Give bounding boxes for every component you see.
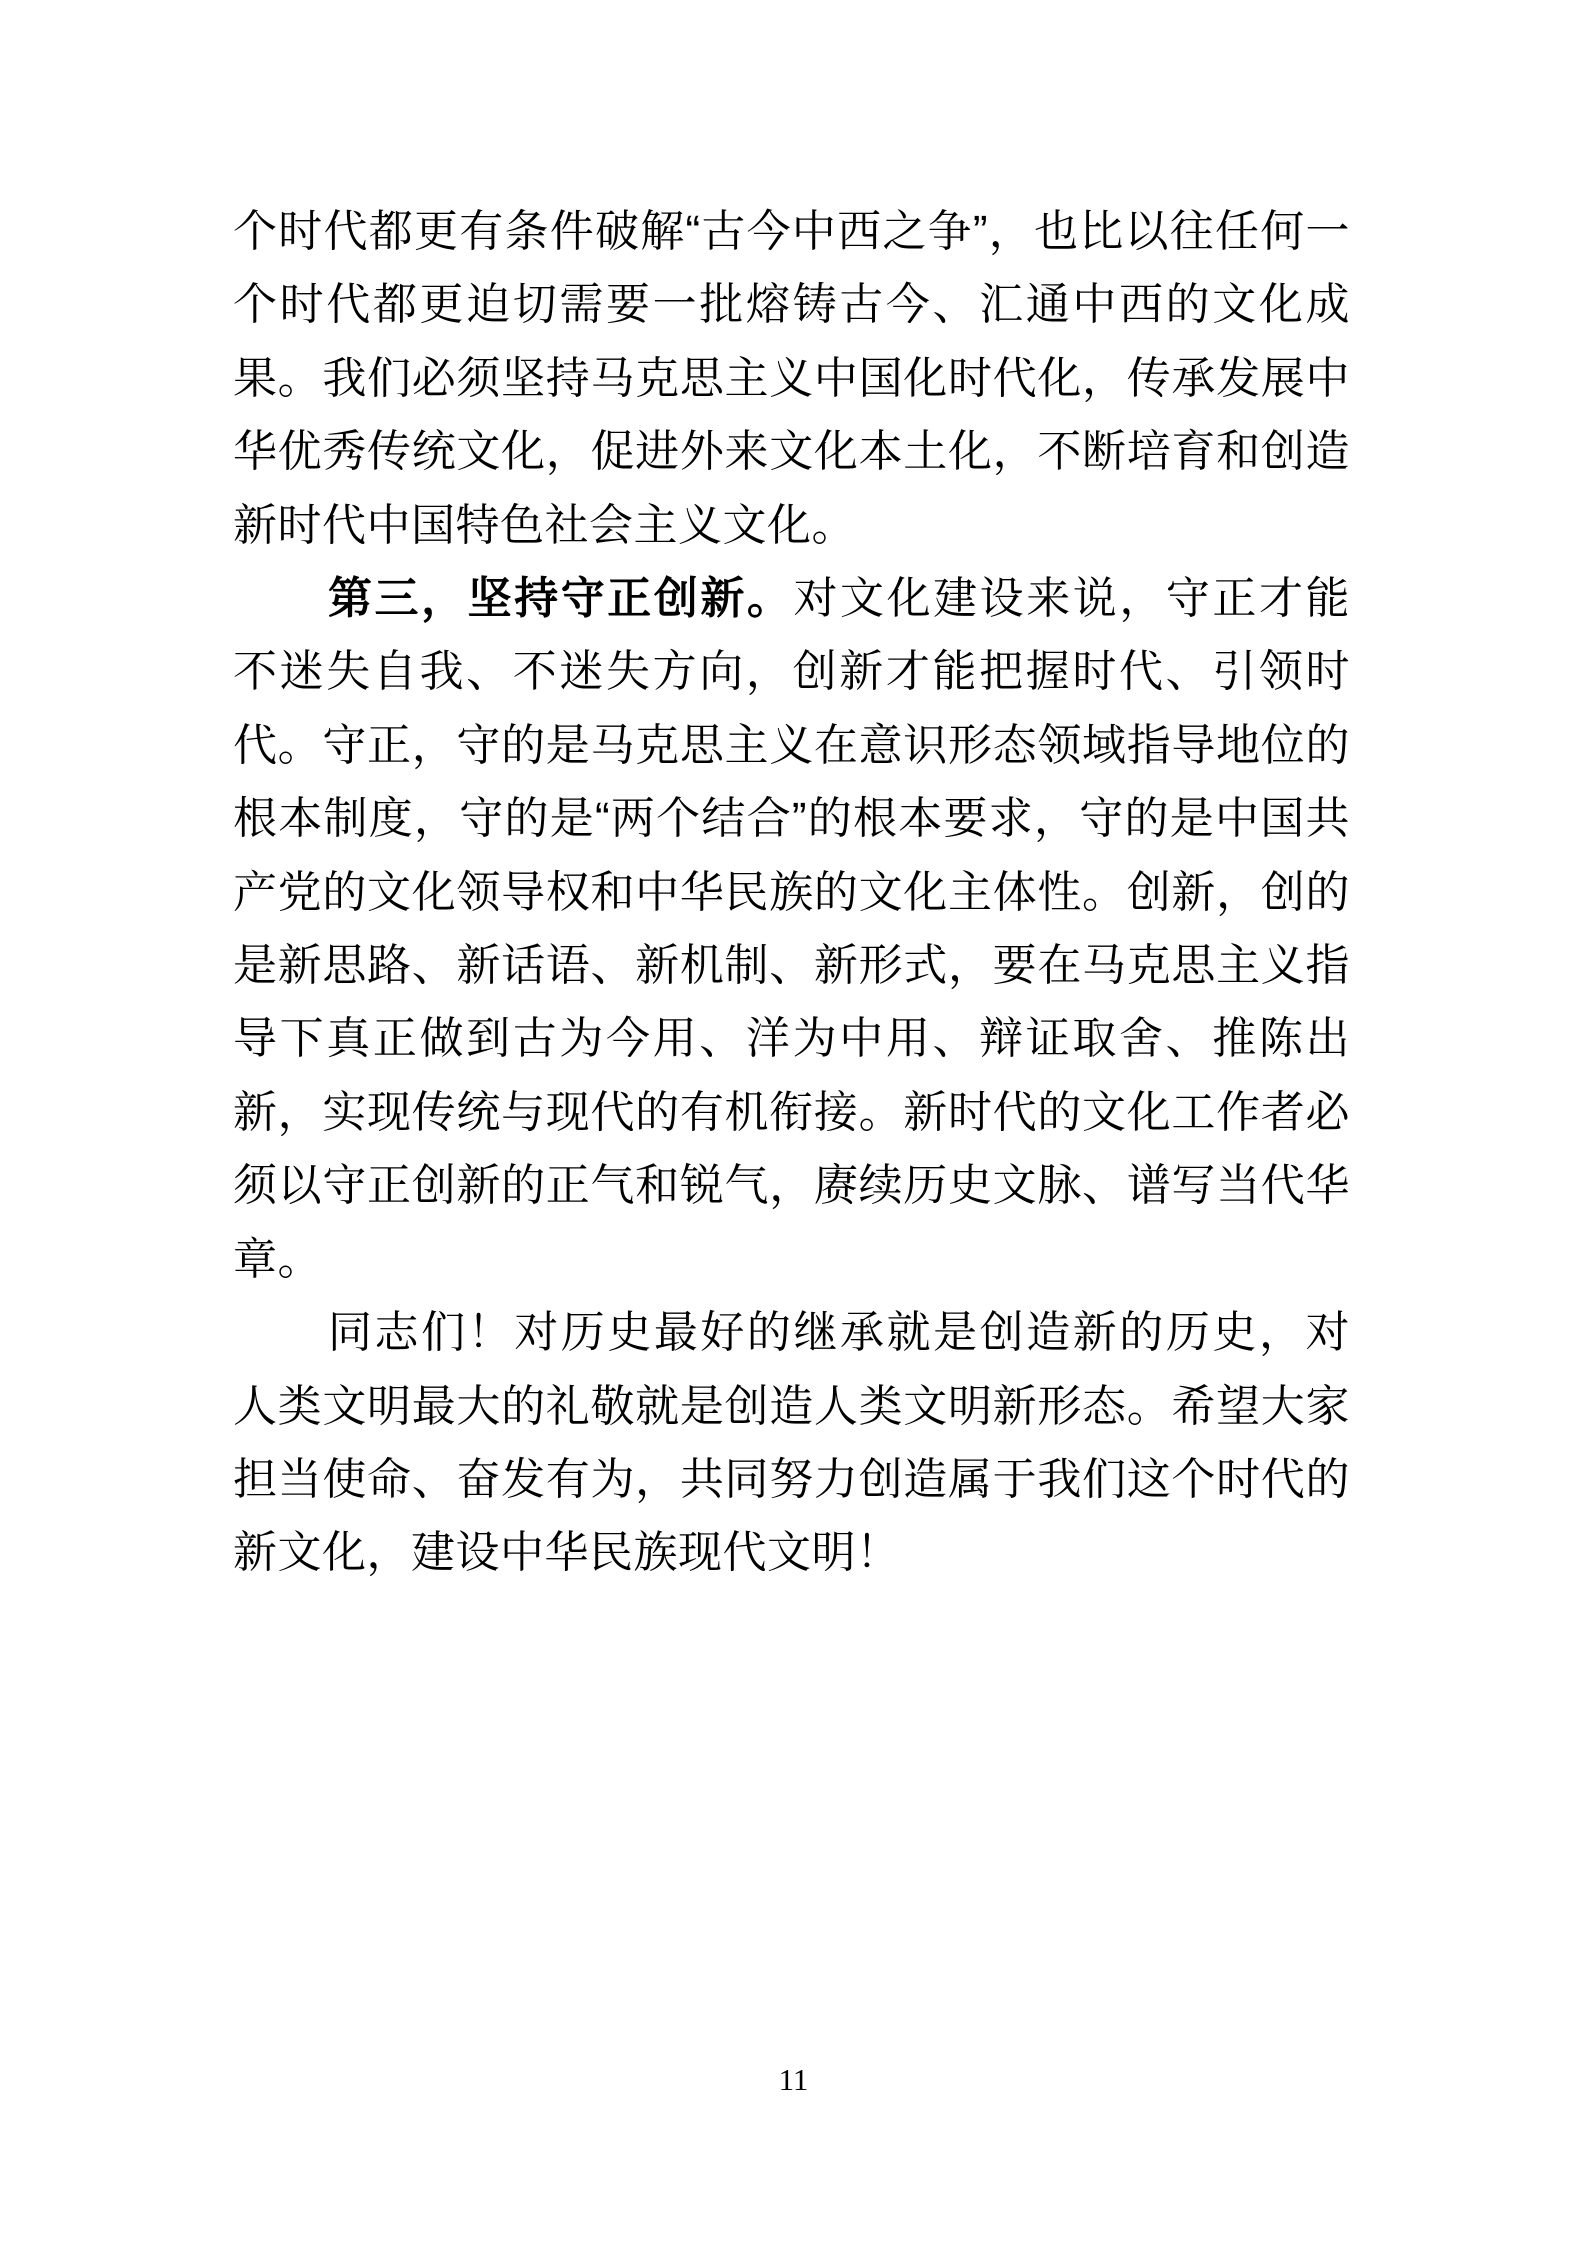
paragraph-closing: 同志们！对历史最好的继承就是创造新的历史，对人类文明最大的礼敬就是创造人类文明新… xyxy=(233,1296,1350,1590)
paragraph-text: 同志们！对历史最好的继承就是创造新的历史，对人类文明最大的礼敬就是创造人类文明新… xyxy=(233,1308,1350,1577)
paragraph-lead-bold: 第三，坚持守正创新。 xyxy=(328,574,793,623)
paragraph-point-three: 第三，坚持守正创新。对文化建设来说，守正才能不迷失自我、不迷失方向，创新才能把握… xyxy=(233,562,1350,1296)
paragraph-text: 对文化建设来说，守正才能不迷失自我、不迷失方向，创新才能把握时代、引领时代。守正… xyxy=(233,574,1350,1284)
paragraph-text: 个时代都更有条件破解“古今中西之争”，也比以往任何一个时代都更迫切需要一批熔铸古… xyxy=(233,207,1350,550)
paragraph-continuation: 个时代都更有条件破解“古今中西之争”，也比以往任何一个时代都更迫切需要一批熔铸古… xyxy=(233,195,1350,562)
page-number: 11 xyxy=(0,2062,1587,2098)
document-page: 个时代都更有条件破解“古今中西之争”，也比以往任何一个时代都更迫切需要一批熔铸古… xyxy=(0,0,1587,2245)
document-text-block: 个时代都更有条件破解“古今中西之争”，也比以往任何一个时代都更迫切需要一批熔铸古… xyxy=(233,195,1350,1590)
